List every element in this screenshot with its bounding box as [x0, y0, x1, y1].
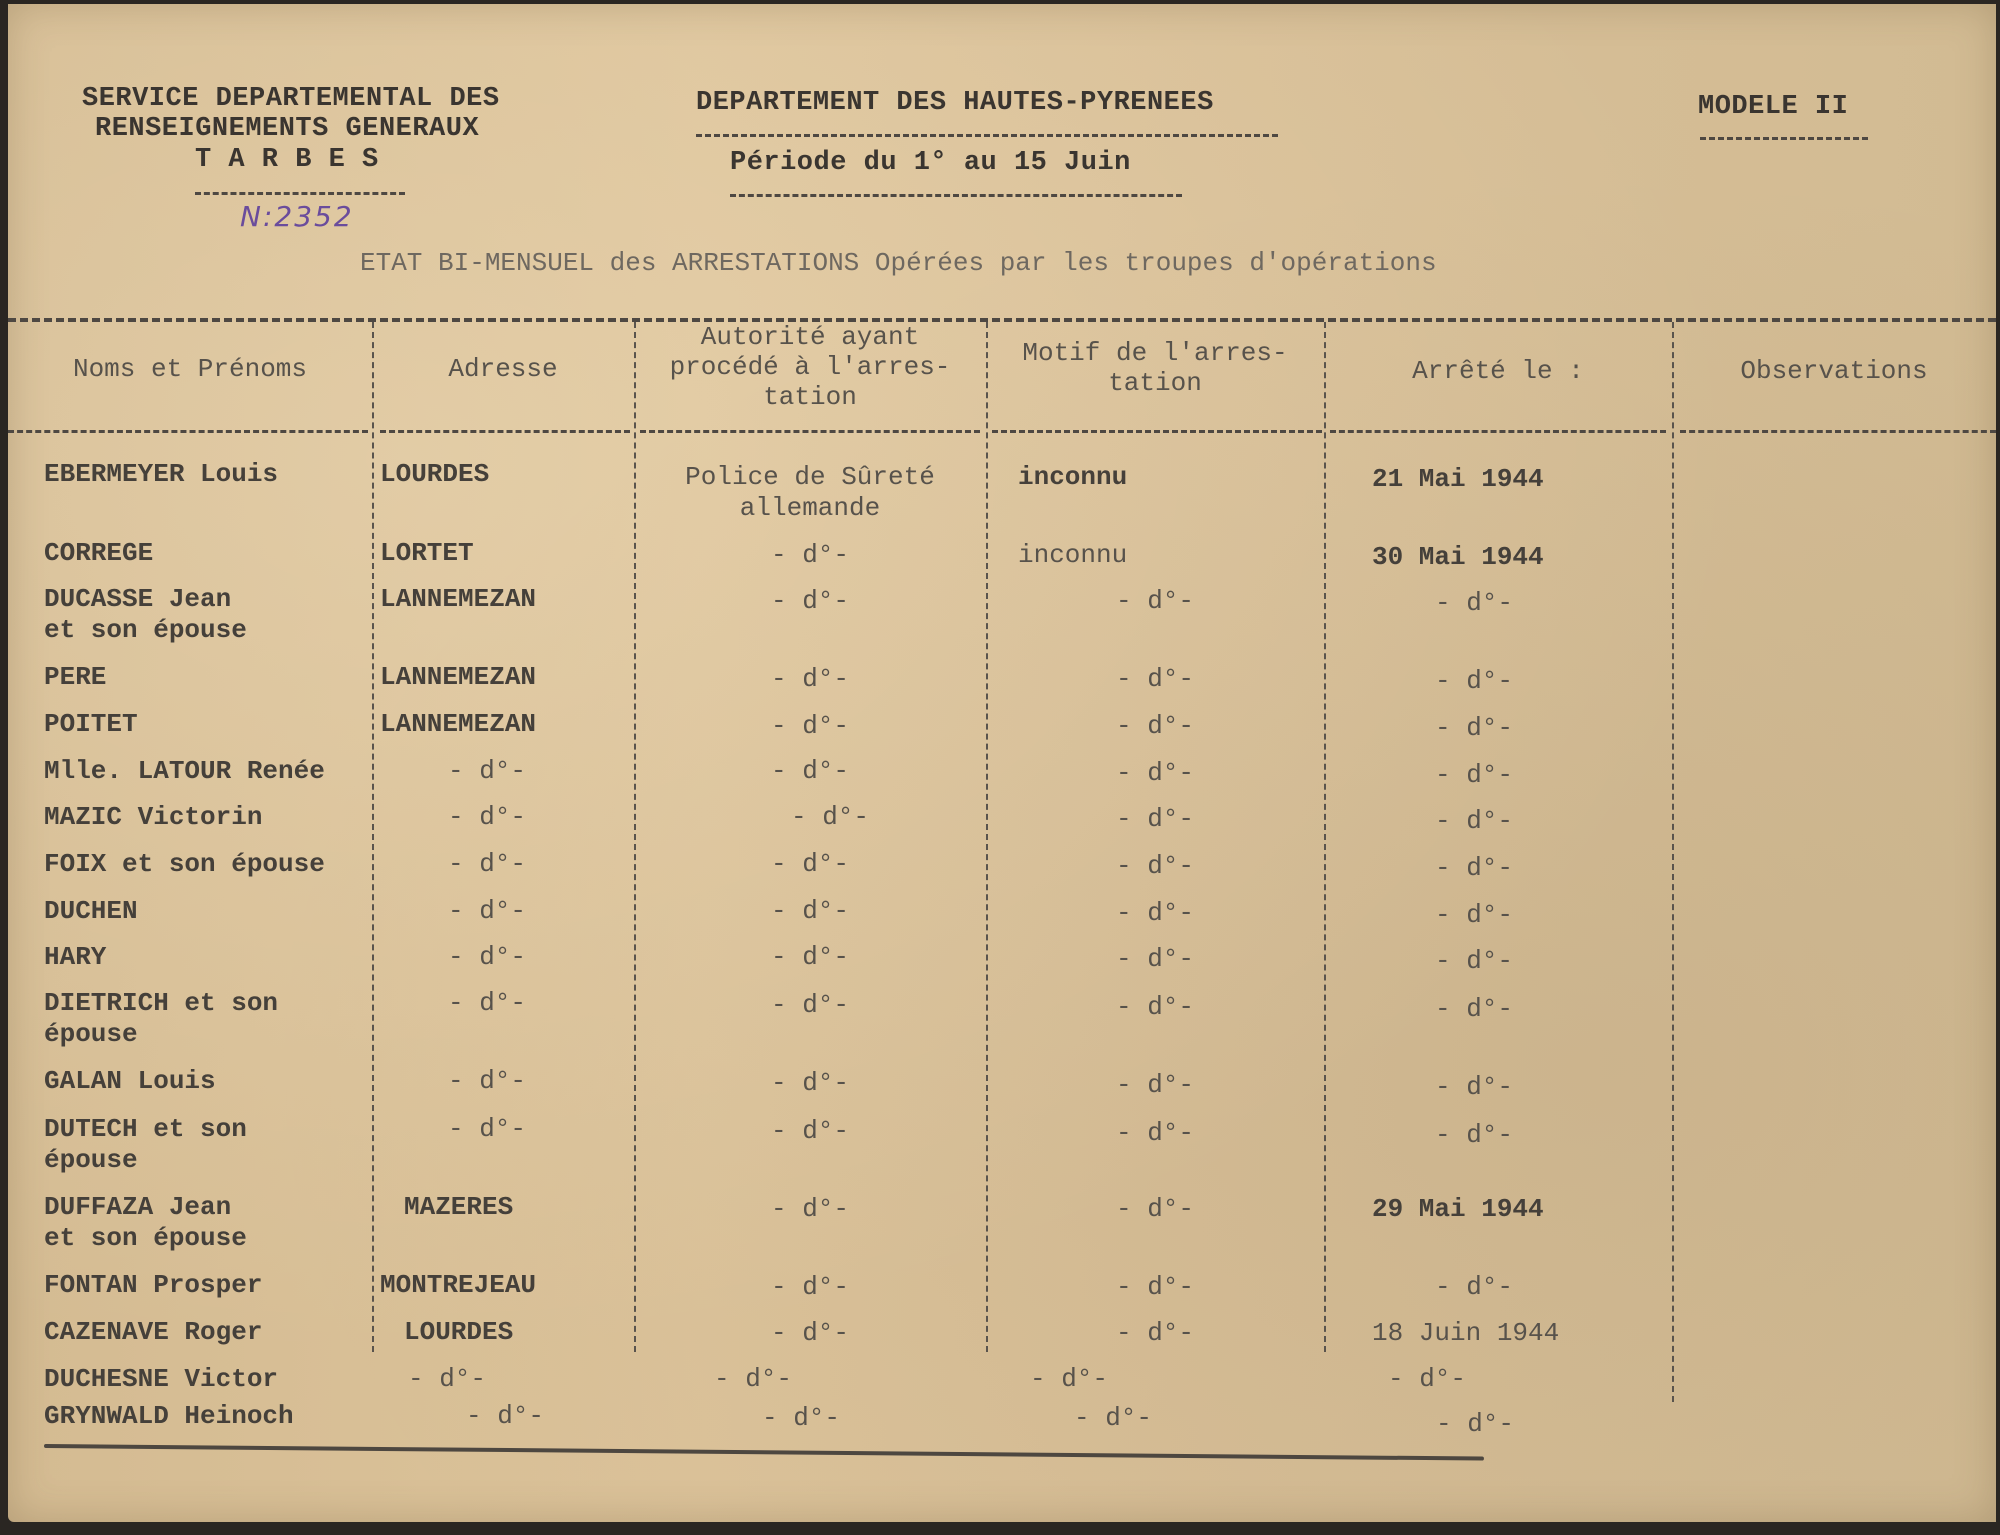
cell-name: EBERMEYER Louis [44, 459, 278, 490]
cell-date: - d°- [1324, 853, 1624, 884]
cell-authority: - d°- [634, 849, 986, 880]
cell-name: DUTECH et son épouse [44, 1114, 247, 1176]
cell-motive: - d°- [986, 1318, 1324, 1349]
cell-motive: inconnu [1018, 462, 1127, 493]
cell-name: DUCHEN [44, 896, 138, 927]
cell-name: FOIX et son épouse [44, 849, 325, 880]
cell-address: - d°- [372, 988, 602, 1019]
model-underline [1700, 137, 1868, 140]
cell-address: - d°- [372, 849, 602, 880]
cell-date: 18 Juin 1944 [1372, 1318, 1559, 1349]
cell-address: - d°- [466, 1401, 544, 1432]
col-separator-5 [1672, 322, 1674, 1402]
department-title: DEPARTEMENT DES HAUTES-PYRENEES [696, 88, 1214, 118]
cell-address: - d°- [372, 1114, 602, 1145]
cell-name: DUCASSE Jean et son épouse [44, 584, 247, 646]
cell-address: - d°- [372, 942, 602, 973]
cell-date: - d°- [1324, 760, 1624, 791]
cell-date: - d°- [1324, 588, 1624, 619]
reference-stamp: N:2352 [240, 200, 354, 233]
cell-date: - d°- [1324, 1072, 1624, 1103]
table-top-rule [8, 318, 1996, 322]
cell-motive: - d°- [986, 992, 1324, 1023]
cell-motive: - d°- [986, 586, 1324, 617]
cell-motive: inconnu [1018, 540, 1127, 571]
cell-address: - d°- [372, 756, 602, 787]
cell-address: LOURDES [380, 459, 489, 490]
cell-address: - d°- [408, 1364, 486, 1395]
column-header-name: Noms et Prénoms [8, 354, 372, 384]
cell-date: 29 Mai 1944 [1372, 1194, 1544, 1225]
col-6-header-rule [1680, 430, 1996, 433]
cell-motive: - d°- [986, 1194, 1324, 1225]
col-1-header-rule [8, 430, 368, 433]
cell-name: DIETRICH et son épouse [44, 988, 278, 1050]
cell-name: DUCHESNE Victor [44, 1364, 278, 1395]
cell-address: - d°- [372, 1066, 602, 1097]
cell-name: CAZENAVE Roger [44, 1317, 262, 1348]
col-3-header-rule [640, 430, 980, 433]
cell-date: - d°- [1436, 1409, 1514, 1440]
cell-motive: - d°- [986, 851, 1324, 882]
cell-name: GRYNWALD Heinoch [44, 1401, 294, 1432]
document-page: SERVICE DEPARTEMENTAL DES RENSEIGNEMENTS… [8, 4, 1996, 1522]
cell-authority: - d°- [714, 1364, 792, 1395]
model-label: MODELE II [1698, 92, 1848, 122]
cell-authority: - d°- [634, 942, 986, 973]
cell-motive: - d°- [986, 1118, 1324, 1149]
report-title: ETAT BI-MENSUEL des ARRESTATIONS Opérées… [360, 248, 1437, 278]
col-separator-1 [372, 322, 374, 1352]
column-header-motive: Motif de l'arres- tation [986, 338, 1324, 398]
cell-authority: - d°- [634, 586, 986, 617]
cell-authority: - d°- [634, 756, 986, 787]
cell-date: 21 Mai 1944 [1372, 464, 1544, 495]
cell-authority: - d°- [634, 1318, 986, 1349]
cell-authority: - d°- [634, 896, 986, 927]
cell-date: - d°- [1324, 1120, 1624, 1151]
service-city: T A R B E S [195, 145, 379, 175]
cell-authority: - d°- [634, 990, 986, 1021]
cell-name: HARY [44, 942, 106, 973]
cell-motive: - d°- [1074, 1403, 1152, 1434]
cell-authority: - d°- [762, 1403, 840, 1434]
col-separator-4 [1324, 322, 1326, 1352]
cell-address: - d°- [372, 802, 602, 833]
column-header-address: Adresse [372, 354, 634, 384]
cell-authority: Police de Sûreté allemande [634, 462, 986, 524]
cell-date: - d°- [1324, 994, 1624, 1025]
cell-address: MAZERES [404, 1192, 513, 1223]
cell-address: LORTET [380, 538, 474, 569]
cell-date: - d°- [1324, 946, 1624, 977]
cell-motive: - d°- [986, 944, 1324, 975]
cell-address: MONTREJEAU [380, 1270, 536, 1301]
cell-address: LANNEMEZAN [380, 584, 536, 615]
cell-date: - d°- [1324, 1272, 1624, 1303]
cell-authority: - d°- [634, 540, 986, 571]
cell-name: PERE [44, 662, 106, 693]
col-4-header-rule [992, 430, 1322, 433]
cell-authority: - d°- [634, 1272, 986, 1303]
cell-name: Mlle. LATOUR Renée [44, 756, 325, 787]
cell-authority: - d°- [634, 711, 986, 742]
service-underline [195, 192, 405, 195]
cell-address: LANNEMEZAN [380, 709, 536, 740]
cell-date: 30 Mai 1944 [1372, 542, 1544, 573]
column-header-date: Arrêté le : [1324, 356, 1672, 386]
col-2-header-rule [380, 430, 630, 433]
period-label: Période du 1° au 15 Juin [730, 148, 1131, 178]
column-header-authority: Autorité ayant procédé à l'arres- tation [634, 322, 986, 412]
cell-date: - d°- [1388, 1364, 1466, 1395]
cell-authority: - d°- [634, 664, 986, 695]
cell-authority: - d°- [634, 1068, 986, 1099]
cell-date: - d°- [1324, 666, 1624, 697]
cell-date: - d°- [1324, 900, 1624, 931]
table-bottom-rule [44, 1444, 1484, 1461]
cell-date: - d°- [1324, 806, 1624, 837]
column-header-observations: Observations [1672, 356, 1996, 386]
service-line-1: SERVICE DEPARTEMENTAL DES [82, 84, 500, 114]
period-underline [730, 194, 1182, 197]
cell-motive: - d°- [986, 758, 1324, 789]
cell-motive: - d°- [986, 711, 1324, 742]
cell-name: FONTAN Prosper [44, 1270, 262, 1301]
cell-authority: - d°- [654, 802, 1006, 833]
cell-authority: - d°- [634, 1116, 986, 1147]
cell-date: - d°- [1324, 713, 1624, 744]
cell-motive: - d°- [986, 1272, 1324, 1303]
cell-motive: - d°- [986, 664, 1324, 695]
service-line-2: RENSEIGNEMENTS GENERAUX [95, 114, 479, 144]
cell-name: CORREGE [44, 538, 153, 569]
col-5-header-rule [1330, 430, 1666, 433]
cell-name: DUFFAZA Jean et son épouse [44, 1192, 247, 1254]
cell-name: GALAN Louis [44, 1066, 216, 1097]
cell-authority: - d°- [634, 1194, 986, 1225]
cell-motive: - d°- [1030, 1364, 1108, 1395]
cell-address: LOURDES [404, 1317, 513, 1348]
cell-motive: - d°- [986, 898, 1324, 929]
department-underline [696, 134, 1278, 137]
cell-address: LANNEMEZAN [380, 662, 536, 693]
cell-name: MAZIC Victorin [44, 802, 262, 833]
cell-address: - d°- [372, 896, 602, 927]
cell-motive: - d°- [986, 1070, 1324, 1101]
cell-name: POITET [44, 709, 138, 740]
cell-motive: - d°- [986, 804, 1324, 835]
